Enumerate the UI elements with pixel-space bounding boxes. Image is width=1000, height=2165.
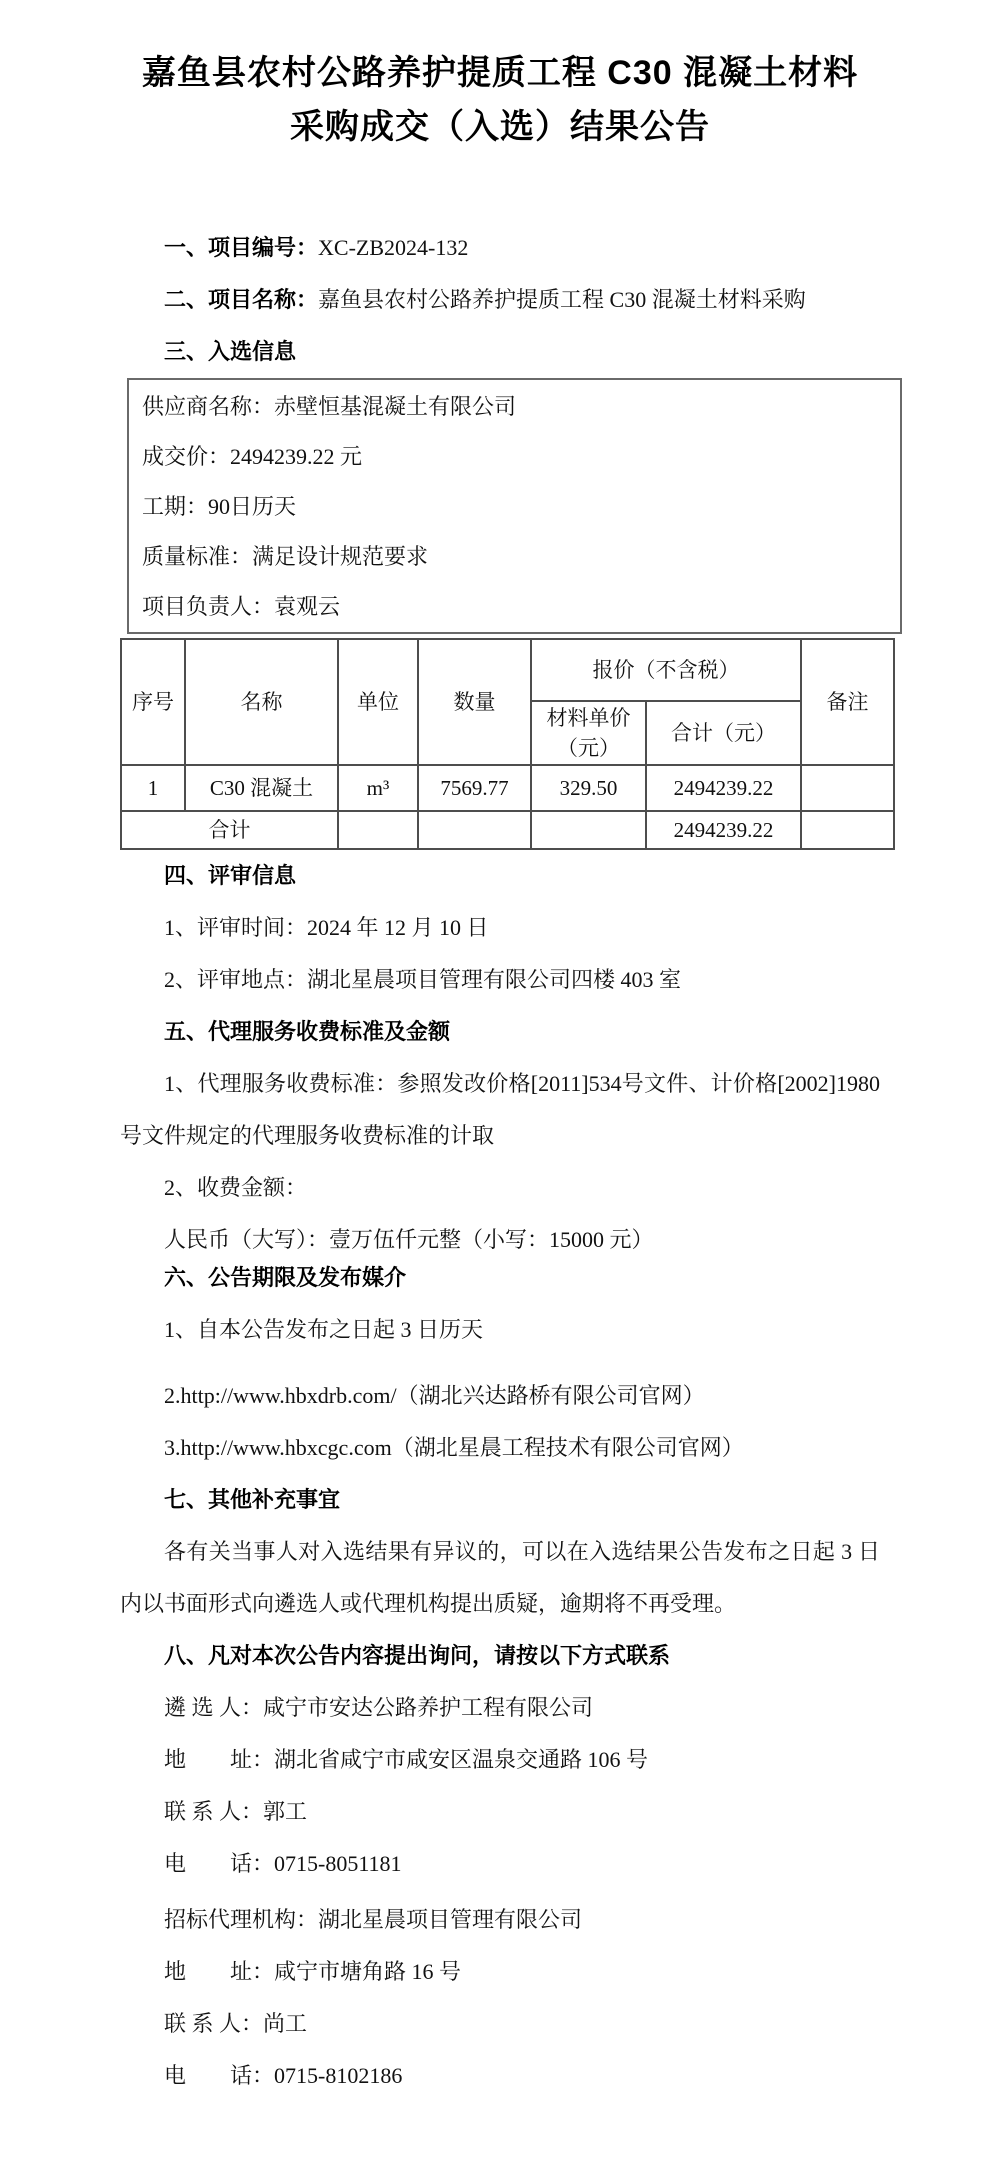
- footer-unit-price-empty: [531, 811, 646, 849]
- footer-remark-empty: [801, 811, 894, 849]
- quote-table: 序号 名称 单位 数量 报价（不含税） 备注 材料单价（元） 合计（元） 1 C…: [120, 638, 895, 850]
- cell-remark: [801, 765, 894, 811]
- project-name-value: 嘉鱼县农村公路养护提质工程 C30 混凝土材料采购: [318, 287, 806, 312]
- section-heading-agency-fee: 五、代理服务收费标准及金额: [120, 1006, 880, 1058]
- supplement-body: 各有关当事人对入选结果有异议的，可以在入选结果公告发布之日起 3 日内以书面形式…: [120, 1526, 880, 1630]
- header-name: 名称: [185, 639, 338, 765]
- footer-label: 合计: [121, 811, 338, 849]
- notice-duration-line: 1、自本公告发布之日起 3 日历天: [120, 1304, 880, 1356]
- table-footer-row: 合计 2494239.22: [121, 811, 894, 849]
- fee-standard-line: 1、代理服务收费标准：参照发改价格[2011]534号文件、计价格[2002]1…: [120, 1058, 880, 1162]
- header-remark: 备注: [801, 639, 894, 765]
- table-data-row: 1 C30 混凝土 m³ 7569.77 329.50 2494239.22: [121, 765, 894, 811]
- document-content: 嘉鱼县农村公路养护提质工程 C30 混凝土材料 采购成交（入选）结果公告 一、项…: [0, 0, 1000, 2102]
- document-title: 嘉鱼县农村公路养护提质工程 C30 混凝土材料 采购成交（入选）结果公告: [120, 0, 880, 154]
- contact-agency-line: 招标代理机构：湖北星晨项目管理有限公司: [120, 1894, 880, 1946]
- cell-seq: 1: [121, 765, 185, 811]
- deal-price-row: 成交价：2494239.22 元: [142, 432, 890, 482]
- header-qty: 数量: [418, 639, 531, 765]
- footer-qty-empty: [418, 811, 531, 849]
- supplier-name-row: 供应商名称：赤壁恒基混凝土有限公司: [142, 382, 890, 432]
- cell-unit: m³: [338, 765, 418, 811]
- cell-unit-price: 329.50: [531, 765, 646, 811]
- footer-total: 2494239.22: [646, 811, 801, 849]
- notice-url-line-1: 2.http://www.hbxdrb.com/（湖北兴达路桥有限公司官网）: [120, 1370, 880, 1422]
- section-heading-selection-info: 三、入选信息: [120, 326, 880, 378]
- header-total: 合计（元）: [646, 701, 801, 765]
- project-number-label: 一、项目编号：: [164, 235, 318, 260]
- cell-total: 2494239.22: [646, 765, 801, 811]
- header-quote-group: 报价（不含税）: [531, 639, 801, 701]
- quality-standard-row: 质量标准：满足设计规范要求: [142, 532, 890, 582]
- duration-row: 工期：90日历天: [142, 482, 890, 532]
- contact-selector-line: 遴 选 人：咸宁市安达公路养护工程有限公司: [120, 1682, 880, 1734]
- review-place-line: 2、评审地点：湖北星晨项目管理有限公司四楼 403 室: [120, 954, 880, 1006]
- project-manager-row: 项目负责人：袁观云: [142, 582, 890, 632]
- contact-selector-person-line: 联 系 人：郭工: [120, 1786, 880, 1838]
- document-title-line-1: 嘉鱼县农村公路养护提质工程 C30 混凝土材料: [120, 46, 880, 100]
- selection-info-box: 供应商名称：赤壁恒基混凝土有限公司 成交价：2494239.22 元 工期：90…: [127, 378, 902, 634]
- fee-amount-label-line: 2、收费金额：: [120, 1162, 880, 1214]
- project-number-value: XC-ZB2024-132: [318, 235, 468, 260]
- section-heading-contact: 八、凡对本次公告内容提出询问，请按以下方式联系: [120, 1630, 880, 1682]
- header-unit: 单位: [338, 639, 418, 765]
- contact-agency-phone-line: 电 话：0715-8102186: [120, 2050, 880, 2102]
- cell-name: C30 混凝土: [185, 765, 338, 811]
- cell-qty: 7569.77: [418, 765, 531, 811]
- header-seq: 序号: [121, 639, 185, 765]
- notice-url-line-2: 3.http://www.hbxcgc.com（湖北星晨工程技术有限公司官网）: [120, 1422, 880, 1474]
- table-header-row-1: 序号 名称 单位 数量 报价（不含税） 备注: [121, 639, 894, 701]
- project-name-label: 二、项目名称：: [164, 287, 318, 312]
- project-number-line: 一、项目编号：XC-ZB2024-132: [120, 222, 880, 274]
- project-name-line: 二、项目名称：嘉鱼县农村公路养护提质工程 C30 混凝土材料采购: [120, 274, 880, 326]
- review-time-line: 1、评审时间：2024 年 12 月 10 日: [120, 902, 880, 954]
- contact-agency-address-line: 地 址：咸宁市塘角路 16 号: [120, 1946, 880, 1998]
- footer-unit-empty: [338, 811, 418, 849]
- header-unit-price: 材料单价（元）: [531, 701, 646, 765]
- contact-selector-phone-line: 电 话：0715-8051181: [120, 1838, 880, 1890]
- document-title-line-2: 采购成交（入选）结果公告: [120, 100, 880, 154]
- section-heading-supplement: 七、其他补充事宜: [120, 1474, 880, 1526]
- section-heading-review: 四、评审信息: [120, 850, 880, 902]
- contact-selector-address-line: 地 址：湖北省咸宁市咸安区温泉交通路 106 号: [120, 1734, 880, 1786]
- announcement-page: 嘉鱼县农村公路养护提质工程 C30 混凝土材料 采购成交（入选）结果公告 一、项…: [0, 0, 1000, 2165]
- contact-agency-person-line: 联 系 人：尚工: [120, 1998, 880, 2050]
